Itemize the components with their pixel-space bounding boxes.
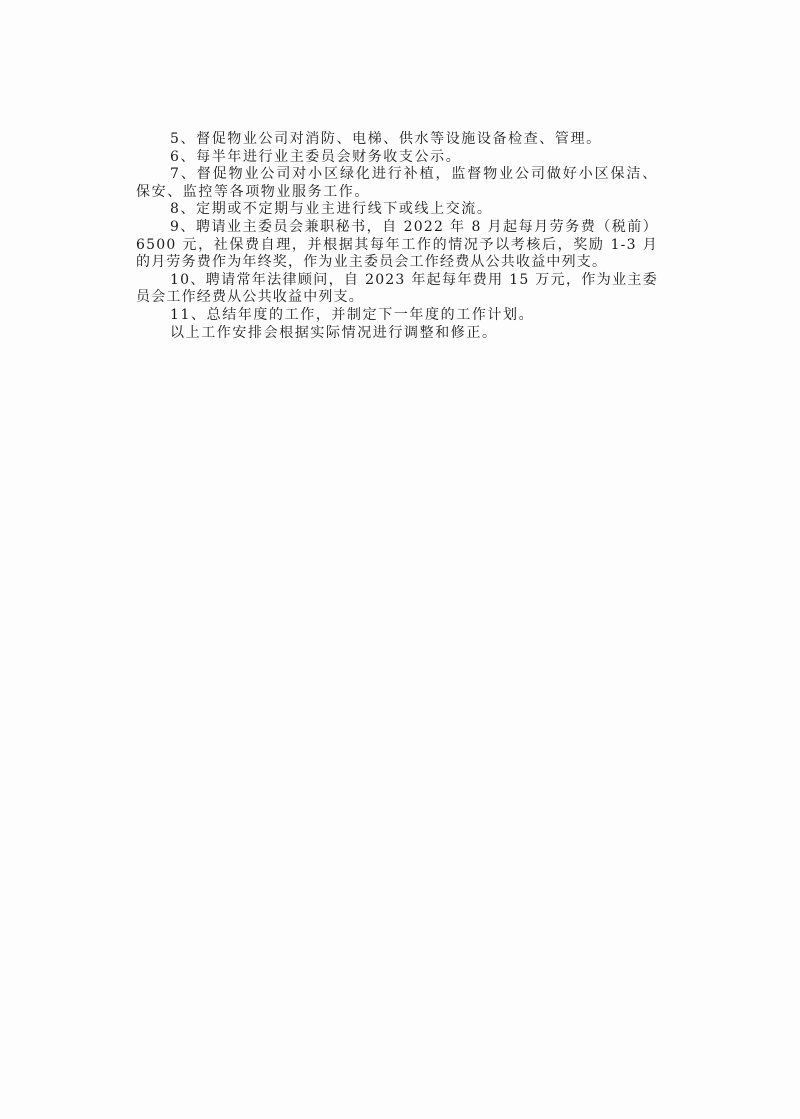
paragraph-item-5: 5、督促物业公司对消防、电梯、供水等设施设备检查、管理。 (136, 131, 658, 149)
paragraph-item-11: 11、总结年度的工作，并制定下一年度的工作计划。 (136, 307, 658, 325)
document-body: 5、督促物业公司对消防、电梯、供水等设施设备检查、管理。 6、每半年进行业主委员… (136, 131, 658, 342)
paragraph-item-9: 9、聘请业主委员会兼职秘书，自 2022 年 8 月起每月劳务费（税前）6500… (136, 219, 658, 272)
closing-note: 以上工作安排会根据实际情况进行调整和修正。 (136, 325, 658, 343)
paragraph-item-7: 7、督促物业公司对小区绿化进行补植，监督物业公司做好小区保洁、保安、监控等各项物… (136, 166, 658, 201)
document-page: 5、督促物业公司对消防、电梯、供水等设施设备检查、管理。 6、每半年进行业主委员… (0, 0, 800, 1119)
paragraph-item-6: 6、每半年进行业主委员会财务收支公示。 (136, 149, 658, 167)
paragraph-item-8: 8、定期或不定期与业主进行线下或线上交流。 (136, 201, 658, 219)
paragraph-item-10: 10、聘请常年法律顾问，自 2023 年起每年费用 15 万元，作为业主委员会工… (136, 272, 658, 307)
